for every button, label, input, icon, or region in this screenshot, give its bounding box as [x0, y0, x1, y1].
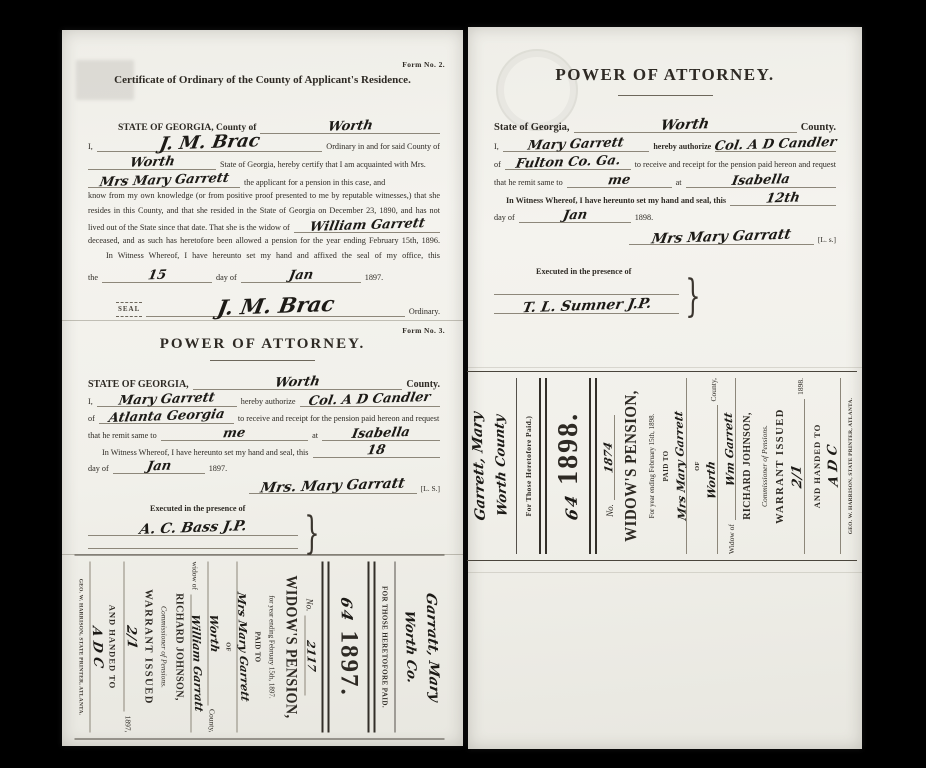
seal-day-handwriting: 12th	[765, 192, 801, 205]
remit-to-handwriting: me	[607, 175, 631, 188]
county-blank: Worth	[260, 121, 440, 134]
at-place-handwriting: Isabella	[731, 174, 791, 188]
county-handwriting: Worth	[327, 120, 374, 134]
widow-label: Widow of	[727, 524, 736, 554]
no-label: No.	[305, 599, 315, 612]
at-place-blank: Isabella	[322, 428, 440, 441]
at-place-handwriting: Isabella	[351, 427, 411, 441]
name-blank: Mary Garrett	[97, 394, 237, 407]
ordinary-sig-blank: J. M. Brac	[146, 298, 405, 317]
county-blank: Worth	[574, 119, 797, 133]
county2-handwriting: Worth	[129, 156, 176, 170]
of-blank: Worth	[707, 405, 718, 554]
left-page: Form No. 2. Certificate of Ordinary of t…	[62, 30, 463, 746]
warrant-date-handwriting: 2/1	[792, 464, 805, 489]
cert-line3: State of Georgia, hereby certify that I …	[220, 159, 426, 170]
widow-label: widow of	[191, 562, 200, 591]
warrant-date-blank: 2/1	[792, 399, 805, 554]
year-label: 1898.	[635, 212, 653, 223]
endorsement-name-handwriting: Garratt, Mary	[425, 592, 441, 702]
widow-handwriting: William Garratt	[190, 614, 203, 713]
witness-sig-blank: A. C. Bass J.P.	[88, 522, 298, 536]
form-number: Form No. 2.	[402, 60, 445, 69]
month-blank: Jan	[519, 210, 631, 223]
applicant-blank: Mrs Mary Garrett	[88, 175, 240, 188]
the-label: the	[88, 272, 98, 283]
year-line: 64 1897.	[336, 562, 362, 733]
of-label: of	[494, 159, 501, 170]
county-handwriting: Worth	[660, 118, 710, 132]
at-label: at	[312, 430, 318, 441]
year-line: 64 1898.	[554, 378, 583, 554]
county-label: County,	[208, 709, 217, 732]
stub-subtitle: for year ending February 15th, 1897.	[268, 562, 276, 733]
warrant-label: WARRANT ISSUED	[775, 378, 786, 554]
seal-day-blank: 12th	[730, 193, 836, 206]
commissioner-name: RICHARD JOHNSON,	[174, 562, 185, 733]
paid-to-label: PAID TO	[254, 562, 262, 733]
cert-witness: In Witness Whereof, I have hereunto set …	[88, 248, 440, 263]
county-label: County.	[406, 379, 440, 390]
paid-to-handwriting: Mrs Mary Garrett	[674, 410, 688, 521]
witness-brace-icon: }	[685, 277, 700, 317]
witness-text: In Witness Whereof, I have hereunto set …	[88, 447, 309, 458]
name-blank: Mary Garrett	[503, 139, 650, 152]
month-blank: Jan	[241, 270, 361, 283]
receive-text: to receive and receipt for the pension p…	[238, 413, 439, 424]
handed-blank: A D C	[89, 562, 102, 733]
at-place-blank: Isabella	[686, 175, 836, 188]
poa-signature: Mrs Mary Garratt	[651, 229, 792, 246]
warrant-year: 1897,	[124, 716, 133, 733]
cert-body2: resides in this County, and that she res…	[88, 203, 440, 218]
form-number: Form No. 3.	[402, 326, 445, 335]
warrant-label: WARRANT ISSUED	[143, 562, 154, 733]
signature-blank: Mrs. Mary Garratt	[249, 480, 417, 494]
stub-subtitle: For year ending February 15th, 1898.	[648, 378, 656, 554]
state-label: State of Georgia,	[494, 122, 570, 133]
stub-title: WIDOW'S PENSION,	[621, 389, 641, 544]
month-handwriting: Jan	[562, 210, 588, 223]
paid-to-blank: Mrs Mary Garrett	[676, 378, 687, 554]
month-handwriting: Jan	[288, 270, 314, 283]
no-handwriting: 2117	[305, 639, 316, 672]
handed-blank: A D C	[828, 378, 841, 554]
widow-blank: William Garratt	[191, 594, 202, 732]
place-handwriting: Atlanta Georgia	[107, 409, 225, 425]
ordinary-label: Ordinary.	[409, 306, 440, 317]
no-blank: 2117	[305, 615, 316, 695]
day-handwriting: 15	[147, 270, 167, 283]
of-handwriting: Worth	[208, 613, 219, 653]
rule	[395, 562, 396, 733]
endorsement-name-handwriting: Garrett, Mary	[471, 411, 487, 521]
ordinary-seal-signature: J. M. Brac	[216, 296, 336, 316]
attorney-handwriting: Col. A D Candler	[714, 137, 838, 153]
day-of-label: day of	[494, 212, 515, 223]
witness-brace-icon: }	[304, 514, 319, 554]
witness-blank-line	[88, 548, 298, 549]
receive-text: to receive and receipt for the pension p…	[635, 159, 836, 170]
name-handwriting: Mary Garrett	[118, 392, 216, 407]
title-rule	[618, 95, 713, 96]
i-label: I,	[88, 141, 93, 152]
ordinary-name-blank: J. M. Brac	[97, 135, 323, 152]
remit-to-blank: me	[567, 175, 672, 188]
rule	[322, 562, 330, 733]
attorney-blank: Col. A D Candler	[715, 139, 836, 152]
signature-blank: Mrs Mary Garratt	[629, 231, 814, 245]
year-big: 1898.	[553, 412, 584, 485]
seal-day-blank: 18	[313, 445, 441, 458]
witness-signature: T. L. Sumner J.P.	[521, 298, 652, 314]
remit-label: that he remit same to	[88, 430, 157, 441]
witness-sig-blank: T. L. Sumner J.P.	[494, 300, 679, 314]
i-label: I,	[494, 141, 499, 152]
right-page: POWER OF ATTORNEY. State of Georgia, Wor…	[468, 27, 862, 749]
heretofore-label: FOR THOSE HERETOFORE PAID.	[381, 562, 389, 733]
cert-body1: know from my own knowledge (or from posi…	[88, 188, 440, 203]
widow-handwriting: Wm Garrett	[723, 411, 736, 486]
handed-label: AND HANDED TO	[108, 562, 118, 733]
warrant-date-blank: 2/1	[124, 562, 137, 712]
rule	[589, 378, 597, 554]
of-blank: Worth	[208, 562, 219, 706]
seal-day-handwriting: 18	[366, 445, 386, 458]
heretofore-label: For Those Heretofore Paid.)	[524, 378, 533, 554]
attorney-blank: Col. A D Candler	[300, 394, 440, 407]
certificate-title: Certificate of Ordinary of the County of…	[90, 74, 435, 86]
paid-to-blank: Mrs Mary Garrett	[237, 562, 248, 733]
cert-line4: the applicant for a pension in this case…	[244, 177, 385, 188]
endorsement-county-handwriting: Worth Co.	[402, 610, 417, 685]
witness-signature: A. C. Bass J.P.	[138, 520, 247, 536]
county-blank: Worth	[193, 377, 403, 390]
year-big: 1897.	[336, 630, 363, 696]
executed-label: Executed in the presence of	[150, 503, 245, 514]
fold-crease	[468, 572, 862, 573]
at-label: at	[676, 177, 682, 188]
county-label: County,	[709, 378, 718, 401]
no-handwriting: 1874	[603, 441, 614, 474]
of-handwriting: Worth	[707, 460, 718, 500]
authorize-label: hereby authorize	[653, 141, 711, 152]
handed-handwriting: A D C	[828, 444, 841, 487]
day-blank: 15	[102, 270, 212, 283]
handed-handwriting: A D C	[90, 625, 103, 668]
of-label: OF	[694, 378, 701, 554]
fold-crease	[468, 367, 862, 368]
title-rule	[210, 360, 315, 361]
authorize-label: hereby authorize	[241, 396, 296, 407]
year-label: 1897.	[209, 463, 227, 474]
commissioner-title: Commissioner of Pensions.	[159, 562, 168, 733]
commissioner-name: RICHARD JOHNSON,	[742, 378, 753, 554]
place-blank: Fulton Co. Ga.	[505, 157, 631, 170]
state-label: STATE OF GEORGIA,	[88, 379, 189, 390]
document-scan: Form No. 2. Certificate of Ordinary of t…	[0, 0, 926, 768]
pension-stub-1897: Garratt, Mary Worth Co. FOR THOSE HERETO…	[75, 555, 445, 740]
rule	[539, 378, 547, 554]
month-blank: Jan	[113, 461, 205, 474]
printer-credit: GEO. W. HARRISON, STATE PRINTER, ATLANTA…	[848, 378, 854, 554]
ls-label: [L. S.]	[421, 483, 440, 494]
commissioner-title: Commissioner of Pensions.	[760, 378, 769, 554]
county-label: County.	[801, 122, 836, 133]
applicant-handwriting: Mrs Mary Garrett	[98, 173, 229, 189]
county-handwriting: Worth	[274, 376, 321, 390]
printer-credit: GEO. W. HARRISON, STATE PRINTER, ATLANTA…	[78, 562, 84, 733]
rule	[516, 378, 517, 554]
poa-title: POWER OF ATTORNEY.	[90, 336, 435, 353]
rule	[367, 562, 375, 733]
witness-text: In Witness Whereof, I have hereunto set …	[494, 195, 726, 206]
place-blank: Atlanta Georgia	[99, 411, 234, 424]
fold-crease	[62, 320, 463, 321]
handed-label: AND HANDED TO	[812, 378, 822, 554]
remit-label: that he remit same to	[494, 177, 563, 188]
poa-title: POWER OF ATTORNEY.	[492, 65, 838, 85]
attorney-handwriting: Col. A D Candler	[308, 392, 432, 408]
pension-stub-1898: Garrett, Mary Worth County For Those Her…	[467, 371, 857, 561]
remit-to-handwriting: me	[222, 428, 246, 441]
poa-signature: Mrs. Mary Garratt	[259, 478, 405, 495]
paid-to-handwriting: Mrs Mary Garrett	[236, 591, 250, 702]
no-label: No.	[605, 504, 615, 517]
i-label: I,	[88, 396, 93, 407]
widow-of-handwriting: William Garrett	[308, 218, 425, 234]
stub-number-handwriting: 64	[340, 596, 353, 623]
place-handwriting: Fulton Co. Ga.	[514, 155, 621, 171]
widow-blank: Wm Garrett	[725, 378, 736, 520]
day-of-label: day of	[88, 463, 109, 474]
year-label: 1897.	[365, 272, 383, 283]
month-handwriting: Jan	[146, 461, 172, 474]
of-label: of	[88, 413, 95, 424]
paid-to-label: PAID TO	[662, 378, 670, 554]
ordinary-suffix: Ordinary in and for said County of	[326, 141, 440, 152]
warrant-date-handwriting: 2/1	[124, 624, 137, 649]
county2-blank: Worth	[88, 157, 216, 170]
cert-body3: lived out of the State since that date. …	[88, 222, 290, 233]
widow-of-blank: William Garrett	[294, 220, 440, 233]
warrant-year: 1898.	[796, 378, 805, 395]
stub-number-handwriting: 64	[565, 493, 578, 522]
seal-placeholder: SEAL	[116, 302, 142, 317]
no-blank: 1874	[604, 415, 615, 500]
endorsement-county-handwriting: Worth County	[494, 414, 510, 517]
cert-body4: deceased, and as such has heretofore bee…	[88, 233, 440, 248]
ordinary-signature: J. M. Brac	[158, 133, 261, 152]
remit-to-blank: me	[161, 428, 308, 441]
day-of-label: day of	[216, 272, 237, 283]
name-handwriting: Mary Garrett	[527, 137, 625, 152]
executed-label: Executed in the presence of	[536, 266, 631, 277]
of-label: OF	[224, 562, 231, 733]
stub-title: WIDOW'S PENSION,	[281, 572, 299, 722]
ls-label: [L. s.]	[818, 234, 836, 245]
